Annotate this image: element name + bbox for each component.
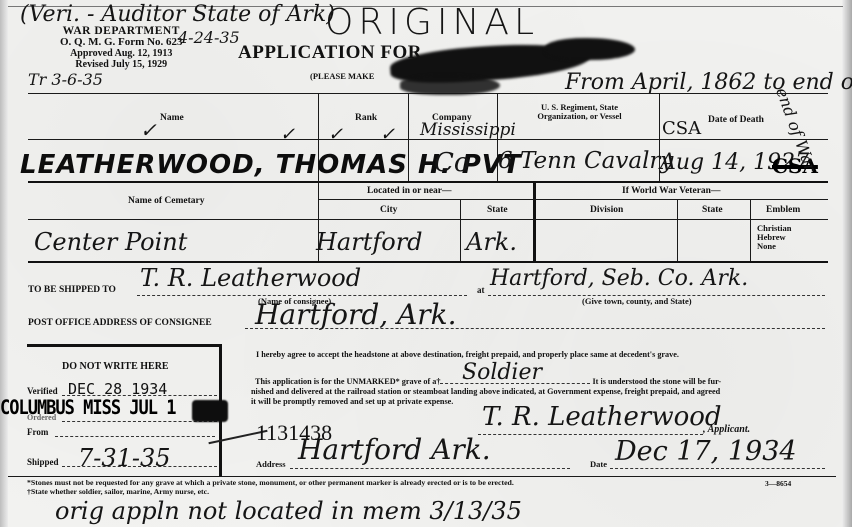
handwritten-note: orig appln not located in mem 3/13/35 xyxy=(55,497,522,525)
company-value: Co xyxy=(434,148,470,178)
header-rank: Rank xyxy=(355,113,377,123)
ink-blot-3 xyxy=(400,75,500,95)
address-label: Address xyxy=(256,459,286,469)
print-form-number: 3—8654 xyxy=(765,479,791,488)
approved-date: Approved Aug. 12, 1913 xyxy=(60,48,183,59)
emblem-none: None xyxy=(757,242,791,251)
row1-bottom-line xyxy=(28,181,828,183)
form-title: APPLICATION FOR xyxy=(238,42,422,64)
header-ww-veteran: If World War Veteran— xyxy=(622,186,720,196)
col-div-emblem xyxy=(750,199,751,261)
from-line xyxy=(55,436,215,437)
shipped-label: Shipped xyxy=(27,457,59,467)
header-cemetery: Name of Cemetary xyxy=(128,196,205,206)
company-annotation: Mississippi xyxy=(420,120,516,140)
state-value: Ark. xyxy=(466,228,517,256)
header-division: Division xyxy=(590,205,623,215)
checkmark-2: ✓ xyxy=(280,124,295,145)
header-ww-state: State xyxy=(702,205,723,215)
verified-label: Verified xyxy=(27,386,58,396)
headstone-application-document: (Veri. - Auditor State of Ark) 4-24-35 T… xyxy=(0,0,852,527)
header-state: State xyxy=(487,205,508,215)
ww-subline xyxy=(533,199,828,200)
col-div-state xyxy=(460,199,461,261)
applicant-label: , Applicant. xyxy=(703,424,750,435)
from-label: From xyxy=(27,427,48,437)
address-line xyxy=(290,468,570,469)
header-located: Located in or near— xyxy=(367,186,452,196)
footnote-1: *Stones must not be requested for any gr… xyxy=(27,478,514,487)
checkmark-3: ✓ xyxy=(328,124,343,145)
header-regiment: U. S. Regiment, State Organization, or V… xyxy=(532,103,627,121)
footnote-2: †State whether soldier, sailor, marine, … xyxy=(27,487,514,496)
office-box-title: DO NOT WRITE HERE xyxy=(62,361,169,372)
columbus-stamp: COLUMBUS MISS JUL 1 xyxy=(0,397,175,420)
shipped-to-label: TO BE SHIPPED TO xyxy=(28,285,116,295)
annotation-date: 4-24-35 xyxy=(178,28,240,47)
form-number: O. Q. M. G. Form No. 623 xyxy=(60,37,183,48)
header-divider xyxy=(28,93,828,94)
checkmark-4: ✓ xyxy=(380,124,395,145)
date-line xyxy=(610,468,825,469)
at-label: at xyxy=(477,285,485,295)
consignee-value: T. R. Leatherwood xyxy=(140,264,361,292)
row2-header-line xyxy=(28,219,828,220)
row2-bottom-line xyxy=(28,261,828,263)
original-stamp: ORIGINAL xyxy=(325,2,539,43)
city-value: Hartford xyxy=(316,228,423,256)
war-department-block: WAR DEPARTMENT O. Q. M. G. Form No. 623 … xyxy=(60,26,183,70)
form-subtitle: (PLEASE MAKE xyxy=(310,71,374,81)
date-label: Date xyxy=(590,459,607,469)
po-address-value: Hartford, Ark. xyxy=(255,298,457,331)
applicant-signature: T. R. Leatherwood xyxy=(482,402,722,432)
regiment-value: 6 Tenn Cavalry xyxy=(498,148,673,174)
regiment-annotation: CSA xyxy=(662,118,701,139)
annotation-auditor: (Veri. - Auditor State of Ark) xyxy=(20,2,335,27)
stamp-year-blot xyxy=(192,400,228,422)
header-city: City xyxy=(380,205,397,215)
annotation-tr: Tr 3-6-35 xyxy=(28,70,103,89)
applicant-line xyxy=(478,434,703,435)
revised-date: Revised July 15, 1929 xyxy=(60,59,183,70)
po-address-label: POST OFFICE ADDRESS OF CONSIGNEE xyxy=(28,318,212,328)
located-subline xyxy=(318,199,533,200)
para-line1-b: It is understood the stone will be fur- xyxy=(592,377,721,386)
scan-edge-left xyxy=(0,0,8,527)
destination-value: Hartford, Seb. Co. Ark. xyxy=(490,266,748,291)
checkmark-1: ✓ xyxy=(140,118,157,142)
shipped-value: 7-31-35 xyxy=(78,444,171,472)
para-line1-a: This application is for the UNMARKED* gr… xyxy=(255,377,440,386)
emblem-options: Christian Hebrew None xyxy=(757,224,791,251)
ink-blot-2 xyxy=(545,38,635,60)
address-value: Hartford Ark. xyxy=(298,433,491,466)
cemetery-value: Center Point xyxy=(34,228,187,256)
agreement-statement: I hereby agree to accept the headstone a… xyxy=(256,350,679,359)
verified-stamp: DEC 28 1934 xyxy=(68,380,167,398)
grave-of-value: Soldier xyxy=(462,360,542,385)
para-line2: nished and delivered at the railroad sta… xyxy=(251,387,721,397)
destination-caption: (Give town, county, and State) xyxy=(582,296,692,306)
col-div-ww-state xyxy=(677,199,678,261)
date-value: Dec 17, 1934 xyxy=(615,436,797,467)
header-emblem: Emblem xyxy=(766,205,800,215)
col-div-ww xyxy=(533,181,536,261)
header-date-of-death: Date of Death xyxy=(708,115,764,125)
footnotes: *Stones must not be requested for any gr… xyxy=(27,478,514,496)
header-name: Name xyxy=(160,113,184,123)
footer-divider xyxy=(8,476,836,477)
service-annotation: From April, 1862 to end of War xyxy=(565,70,852,95)
